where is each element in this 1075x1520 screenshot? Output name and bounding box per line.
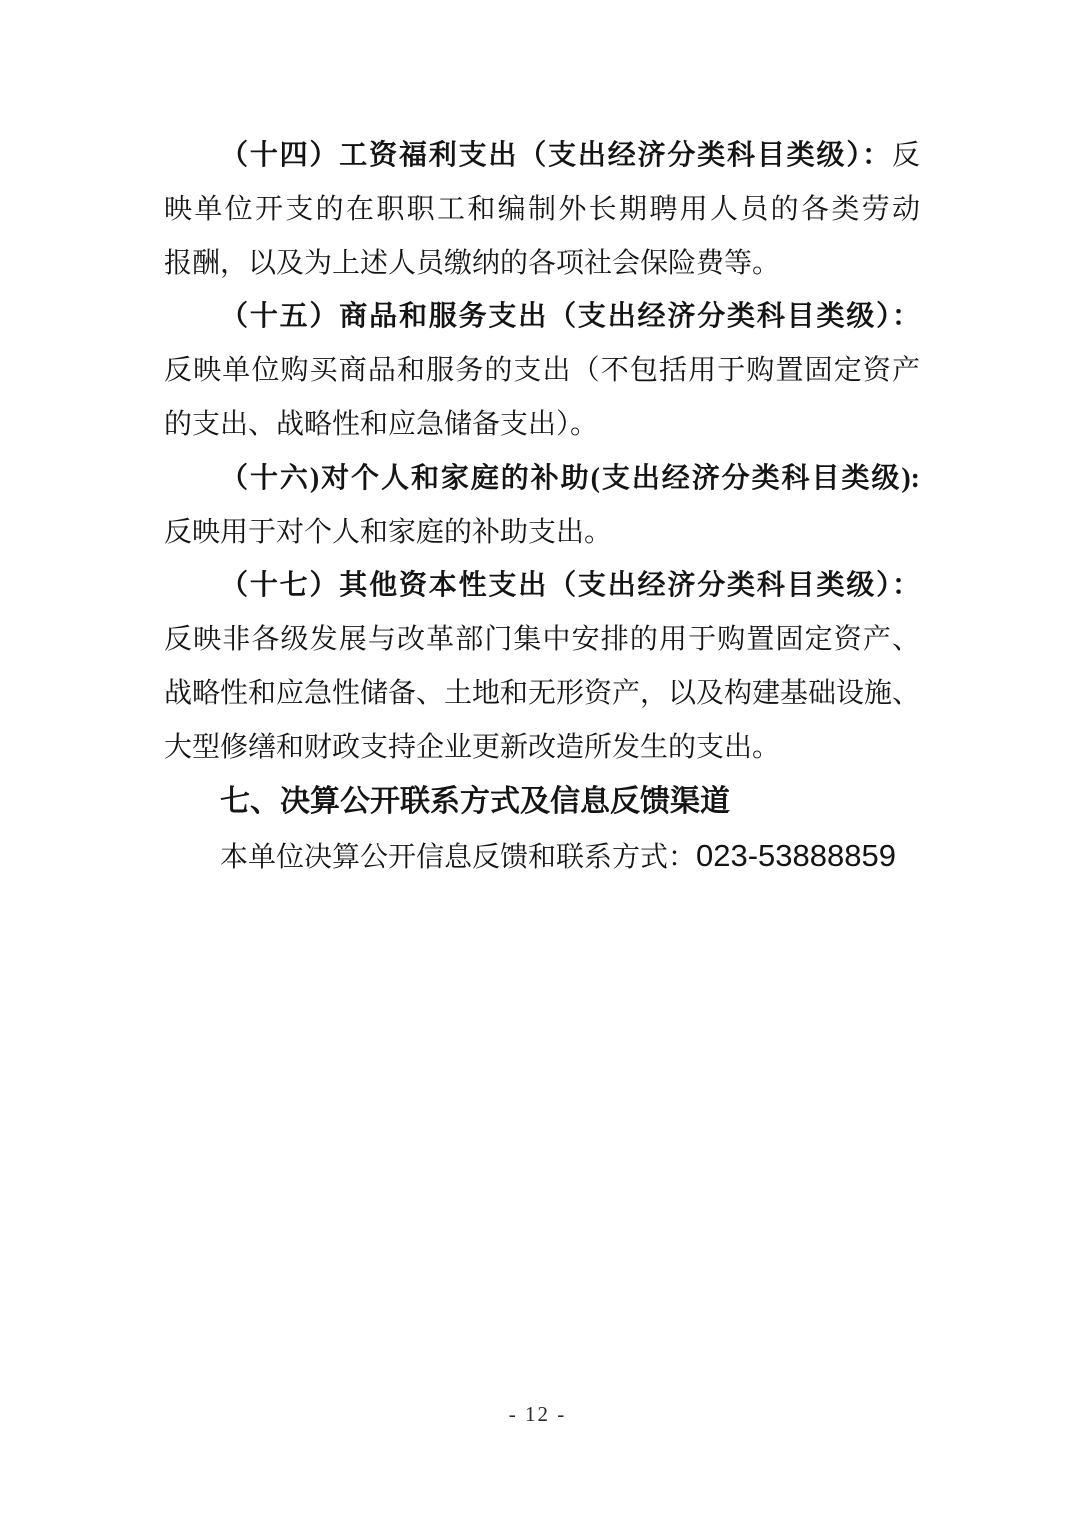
heading-16-text: （十六)对个人和家庭的补助(支出经济分类科目类级):	[220, 463, 920, 494]
heading-14-line: （十四）工资福利支出（支出经济分类科目类级）：反	[164, 129, 920, 183]
body-text: 反映用于对个人和家庭的补助支出。	[164, 517, 612, 548]
body-text: 反映单位购买商品和服务的支出（不包括用于购置固定资产	[164, 355, 920, 386]
heading-17-line: （十七）其他资本性支出（支出经济分类科目类级）：	[164, 559, 920, 613]
heading-17-text: （十七）其他资本性支出（支出经济分类科目类级）：	[220, 570, 920, 601]
heading-16-line: （十六)对个人和家庭的补助(支出经济分类科目类级):	[164, 452, 920, 506]
body-line: 的支出、战略性和应急储备支出）。	[164, 398, 920, 452]
body-text: 反	[892, 140, 920, 171]
body-line: 战略性和应急性储备、土地和无形资产，以及构建基础设施、	[164, 667, 920, 721]
body-text: 反映非各级发展与改革部门集中安排的用于购置固定资产、	[164, 624, 920, 655]
document-page: （十四）工资福利支出（支出经济分类科目类级）：反映单位开支的在职职工和编制外长期…	[0, 0, 1075, 1520]
contact-label-text: 本单位决算公开信息反馈和联系方式：	[220, 842, 696, 873]
document-body: （十四）工资福利支出（支出经济分类科目类级）：反映单位开支的在职职工和编制外长期…	[164, 129, 920, 885]
body-line: 报酬，以及为上述人员缴纳的各项社会保险费等。	[164, 237, 920, 291]
body-text: 映单位开支的在职职工和编制外长期聘用人员的各类劳动	[164, 194, 920, 225]
body-line: 反映单位购买商品和服务的支出（不包括用于购置固定资产	[164, 344, 920, 398]
body-text: 大型修缮和财政支持企业更新改造所发生的支出。	[164, 732, 780, 763]
body-line: 反映非各级发展与改革部门集中安排的用于购置固定资产、	[164, 613, 920, 667]
section-7-heading-text: 七、决算公开联系方式及信息反馈渠道	[220, 785, 730, 818]
heading-14-text: （十四）工资福利支出（支出经济分类科目类级）：	[220, 140, 892, 171]
body-text: 报酬，以及为上述人员缴纳的各项社会保险费等。	[164, 248, 780, 279]
body-line: 大型修缮和财政支持企业更新改造所发生的支出。	[164, 721, 920, 775]
section-7-heading-line: 七、决算公开联系方式及信息反馈渠道	[164, 775, 920, 830]
contact-line: 本单位决算公开信息反馈和联系方式：023-53888859	[164, 829, 920, 885]
contact-phone-number: 023-53888859	[696, 838, 896, 873]
page-number: - 12 -	[0, 1402, 1075, 1427]
heading-15-text: （十五）商品和服务支出（支出经济分类科目类级）：	[220, 301, 920, 332]
heading-15-line: （十五）商品和服务支出（支出经济分类科目类级）：	[164, 290, 920, 344]
body-line: 映单位开支的在职职工和编制外长期聘用人员的各类劳动	[164, 183, 920, 237]
body-line: 反映用于对个人和家庭的补助支出。	[164, 506, 920, 560]
body-text: 战略性和应急性储备、土地和无形资产，以及构建基础设施、	[164, 678, 920, 709]
body-text: 的支出、战略性和应急储备支出）。	[164, 409, 598, 440]
